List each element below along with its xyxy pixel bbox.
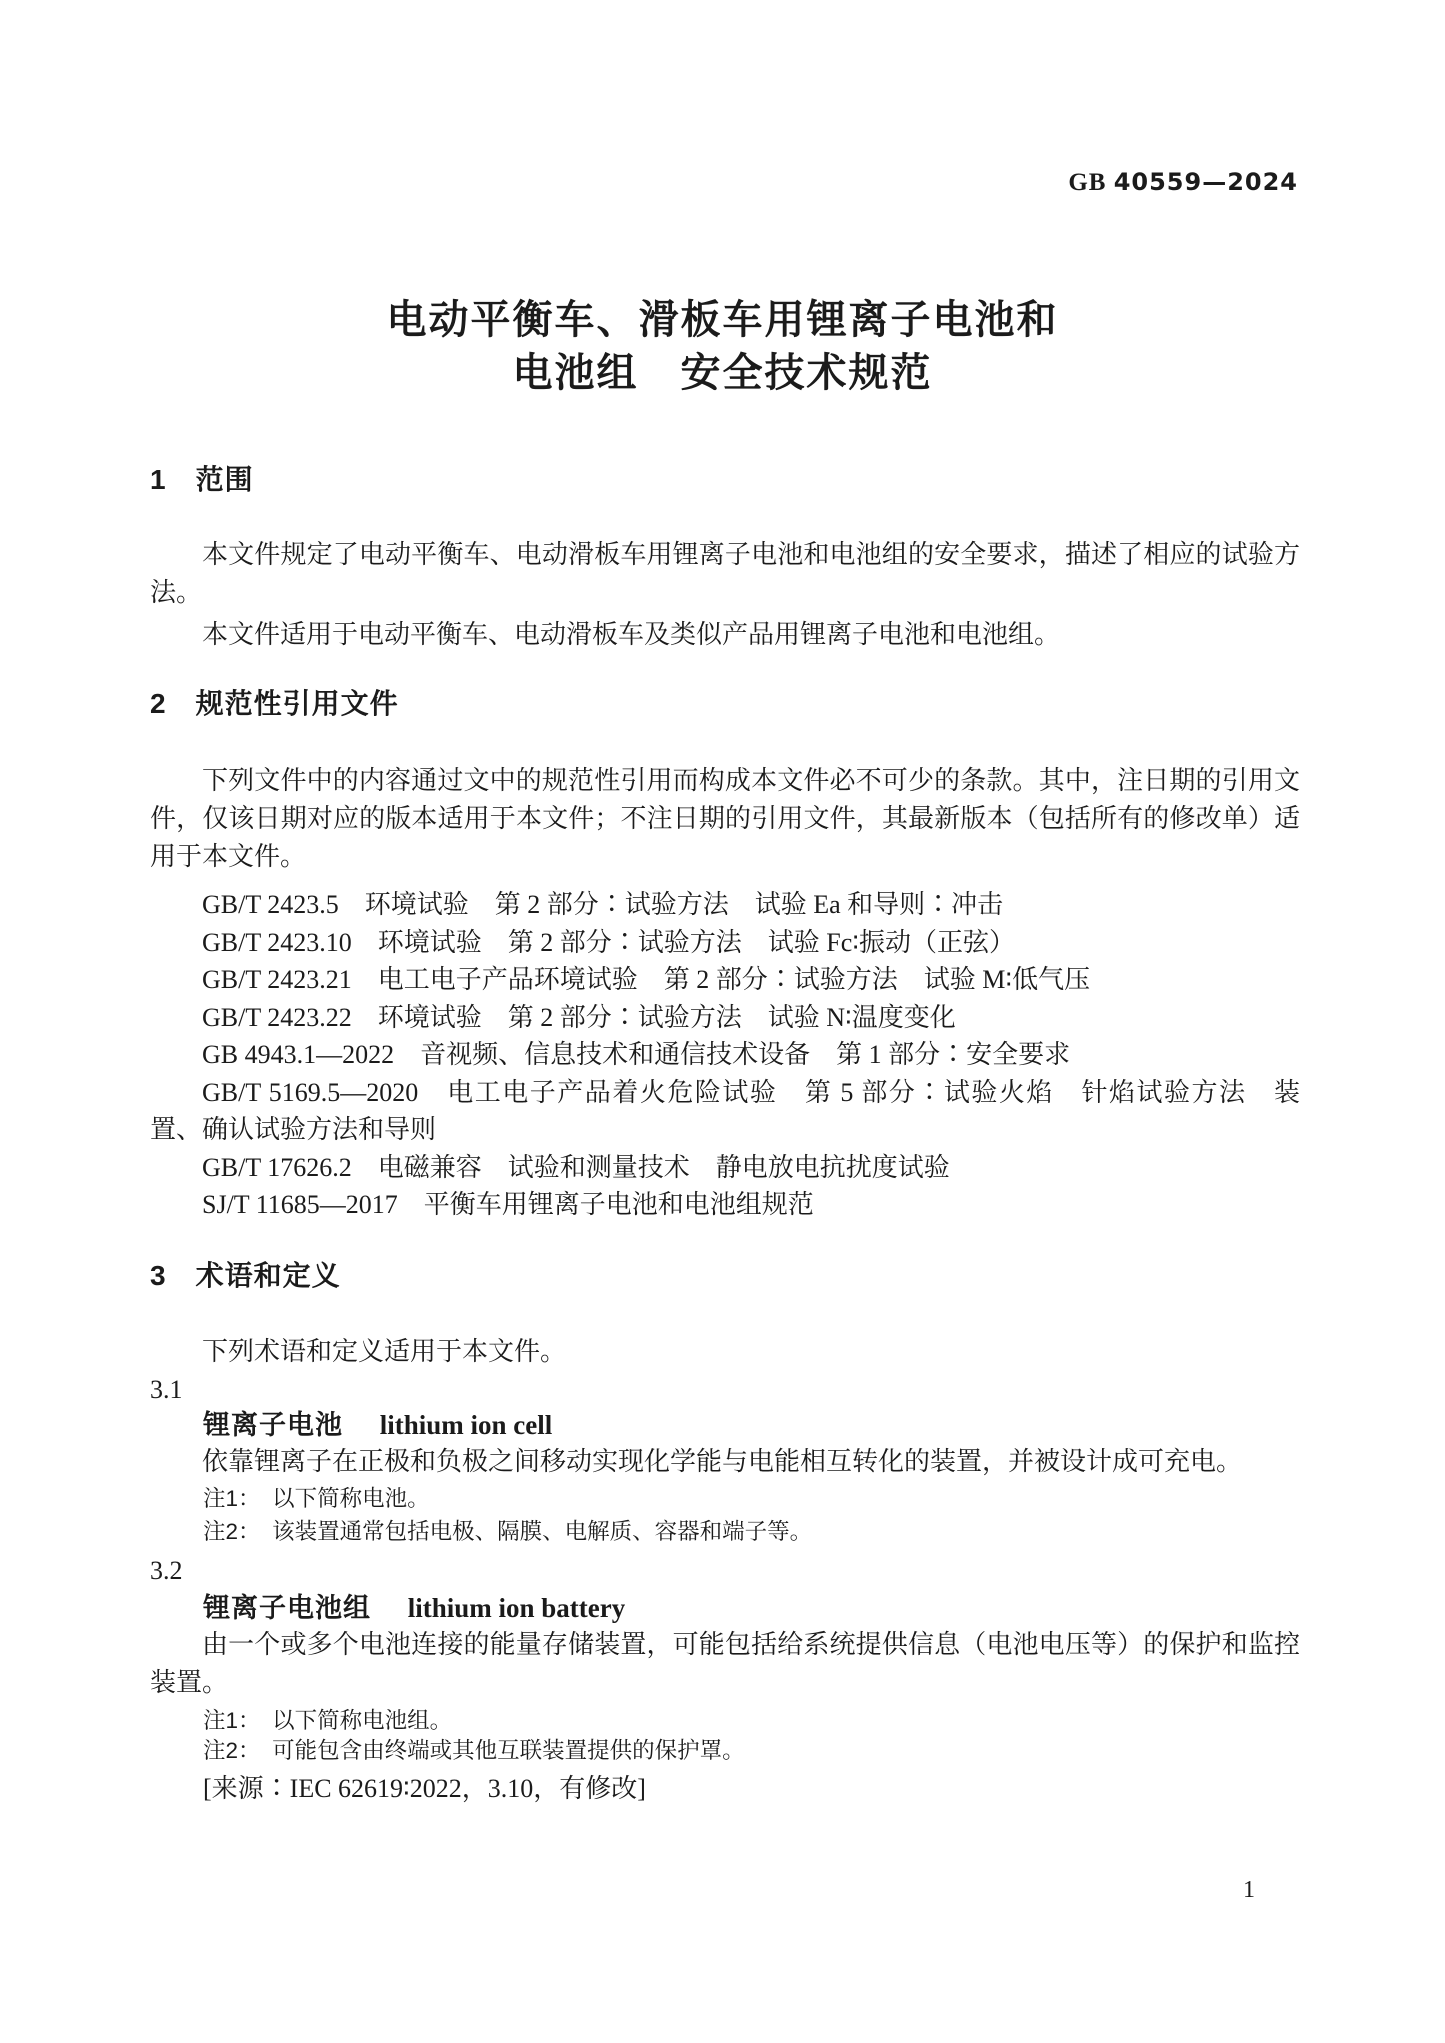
terms-intro-paragraph: 下列术语和定义适用于本文件。 xyxy=(150,1333,1300,1371)
normative-ref-item: GB/T 5169.5—2020 电工电子产品着火危险试验 第 5 部分∶试验火… xyxy=(150,1074,1300,1149)
term-3-2-title: 锂离子电池组 lithium ion battery xyxy=(150,1591,1300,1625)
term-3-1-number: 3.1 xyxy=(150,1373,1300,1407)
standard-number-digits: 40559—2024 xyxy=(1114,168,1298,196)
term-3-2-definition: 由一个或多个电池连接的能量存储装置，可能包括给系统提供信息（电池电压等）的保护和… xyxy=(150,1626,1300,1702)
document-page: GB 40559—2024 电动平衡车、滑板车用锂离子电池和 电池组 安全技术规… xyxy=(0,0,1445,2043)
scope-paragraph-1: 本文件规定了电动平衡车、电动滑板车用锂离子电池和电池组的安全要求，描述了相应的试… xyxy=(150,536,1300,612)
document-title-line2: 电池组 安全技术规范 xyxy=(0,347,1445,400)
term-3-2-english: lithium ion battery xyxy=(408,1593,626,1623)
note-label: 注2： xyxy=(203,1738,261,1763)
term-3-1-english: lithium ion cell xyxy=(380,1410,553,1440)
normative-ref-item: GB/T 2423.21 电工电子产品环境试验 第 2 部分∶试验方法 试验 M… xyxy=(150,961,1300,999)
section-3-heading: 3 术语和定义 xyxy=(150,1259,1300,1293)
note-text: 可能包含由终端或其他互联装置提供的保护罩。 xyxy=(272,1738,745,1763)
section-1-heading: 1 范围 xyxy=(150,463,1300,497)
term-3-1-note-2: 注2： 该装置通常包括电极、隔膜、电解质、容器和端子等。 xyxy=(150,1517,1300,1547)
section-2-heading: 2 规范性引用文件 xyxy=(150,687,1300,721)
term-3-2-number: 3.2 xyxy=(150,1554,1300,1588)
page-number: 1 xyxy=(1243,1877,1255,1904)
term-3-2-chinese: 锂离子电池组 xyxy=(203,1593,371,1623)
note-label: 注1： xyxy=(203,1486,261,1511)
normative-ref-item: GB/T 17626.2 电磁兼容 试验和测量技术 静电放电抗扰度试验 xyxy=(150,1149,1300,1187)
term-3-2-note-1: 注1： 以下简称电池组。 xyxy=(150,1706,1300,1736)
term-3-2-note-2: 注2： 可能包含由终端或其他互联装置提供的保护罩。 xyxy=(150,1736,1300,1766)
term-3-1-title: 锂离子电池 lithium ion cell xyxy=(150,1408,1300,1442)
term-3-1-note-1: 注1： 以下简称电池。 xyxy=(150,1484,1300,1514)
note-text: 以下简称电池组。 xyxy=(272,1708,452,1733)
standard-number-prefix: GB xyxy=(1068,169,1106,196)
document-title: 电动平衡车、滑板车用锂离子电池和 电池组 安全技术规范 xyxy=(0,294,1445,400)
note-label: 注2： xyxy=(203,1519,261,1544)
document-title-line1: 电动平衡车、滑板车用锂离子电池和 xyxy=(0,294,1445,347)
note-text: 以下简称电池。 xyxy=(272,1486,430,1511)
normative-ref-item: GB 4943.1—2022 音视频、信息技术和通信技术设备 第 1 部分∶安全… xyxy=(150,1036,1300,1074)
normative-ref-item: GB/T 2423.10 环境试验 第 2 部分∶试验方法 试验 Fc∶振动（正… xyxy=(150,924,1300,962)
normative-ref-item: SJ/T 11685—2017 平衡车用锂离子电池和电池组规范 xyxy=(150,1186,1300,1224)
normative-ref-item: GB/T 2423.22 环境试验 第 2 部分∶试验方法 试验 N∶温度变化 xyxy=(150,999,1300,1037)
normative-ref-item: GB/T 2423.5 环境试验 第 2 部分∶试验方法 试验 Ea 和导则∶冲… xyxy=(150,886,1300,924)
normative-intro-paragraph: 下列文件中的内容通过文中的规范性引用而构成本文件必不可少的条款。其中，注日期的引… xyxy=(150,762,1300,876)
standard-number: GB 40559—2024 xyxy=(1068,168,1298,197)
scope-paragraph-2: 本文件适用于电动平衡车、电动滑板车及类似产品用锂离子电池和电池组。 xyxy=(150,616,1300,654)
term-3-1-chinese: 锂离子电池 xyxy=(203,1410,343,1440)
term-3-2-source: [来源∶IEC 62619∶2022，3.10，有修改] xyxy=(150,1771,1300,1807)
term-3-1-definition: 依靠锂离子在正极和负极之间移动实现化学能与电能相互转化的装置，并被设计成可充电。 xyxy=(150,1443,1300,1481)
normative-reference-list: GB/T 2423.5 环境试验 第 2 部分∶试验方法 试验 Ea 和导则∶冲… xyxy=(150,886,1300,1224)
note-label: 注1： xyxy=(203,1708,261,1733)
note-text: 该装置通常包括电极、隔膜、电解质、容器和端子等。 xyxy=(272,1519,812,1544)
